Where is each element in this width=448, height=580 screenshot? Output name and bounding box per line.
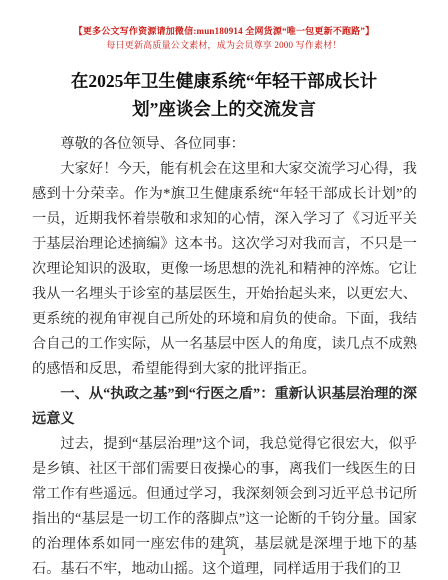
body-paragraph-1: 大家好！今天，能有机会在这里和大家交流学习心得，我感到十分荣幸。作为*旗卫生健康… [32, 157, 417, 382]
document-title-line-2: 划”座谈会上的交流发言 [0, 95, 448, 123]
section-heading-1: 一、从“执政之基”到“行医之盾”：重新认识基层治理的深远意义 [32, 382, 417, 432]
document-title: 在2025年卫生健康系统“年轻干部成长计 划”座谈会上的交流发言 [0, 67, 448, 123]
page-number: 1 [0, 546, 448, 558]
promo-banner-line-2: 每日更新高质量公文素材，成为会员尊享 2000 写作素材！ [0, 38, 448, 52]
promo-banner: 【更多公文写作资源请加微信:mun180914 全网货源“唯一包更新不跑路”】 … [0, 0, 448, 52]
promo-banner-line-1: 【更多公文写作资源请加微信:mun180914 全网货源“唯一包更新不跑路”】 [0, 24, 448, 38]
document-title-line-1: 在2025年卫生健康系统“年轻干部成长计 [0, 67, 448, 95]
salutation-line: 尊敬的各位领导、各位同事： [32, 132, 417, 157]
document-body: 尊敬的各位领导、各位同事： 大家好！今天，能有机会在这里和大家交流学习心得，我感… [0, 132, 448, 580]
document-page: 【更多公文写作资源请加微信:mun180914 全网货源“唯一包更新不跑路”】 … [0, 0, 448, 580]
